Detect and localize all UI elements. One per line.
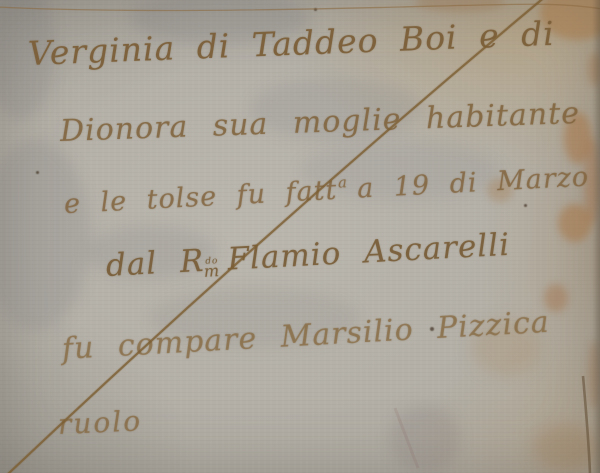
line3-superscript: a	[337, 173, 348, 191]
foxing-stain	[558, 204, 592, 242]
handwriting-line-4: dal RdomFlamio Ascarelli	[105, 227, 511, 284]
faint-smudge-stroke	[395, 408, 418, 468]
foxing-stain	[532, 424, 598, 472]
bleedthrough-smudge	[390, 404, 460, 473]
line3-text: e le tolse fu fatt	[63, 175, 338, 220]
bleedthrough-smudge	[0, 140, 90, 330]
abbreviation-subscript: m	[204, 265, 221, 279]
line4-text: dal R	[105, 243, 205, 284]
page-edge-shadow	[592, 0, 600, 473]
foxing-stain	[415, 0, 505, 12]
handwriting-line-2: Dionora sua moglie habitante	[59, 96, 580, 149]
page-crease-line	[583, 376, 590, 473]
ink-speck	[524, 204, 527, 207]
handwriting-line-5: fu compare Marsilio Pizzica	[61, 305, 551, 367]
handwriting-line-3: e le tolse fu fattaa 19 di Marzo	[63, 161, 590, 221]
manuscript-page: Verginia di Taddeo Boi e di Dionora sua …	[0, 0, 600, 473]
ink-speck	[314, 8, 317, 11]
line4-abbreviation: dom	[205, 258, 220, 279]
ink-speck	[36, 171, 39, 174]
line3-date-text: a 19 di Marzo	[356, 162, 590, 205]
line4-name-text: Flamio Ascarelli	[227, 227, 511, 278]
ruled-top-line	[0, 4, 600, 10]
handwriting-line-1: Verginia di Taddeo Boi e di	[27, 14, 555, 73]
handwriting-line-6: ruolo	[57, 404, 142, 441]
